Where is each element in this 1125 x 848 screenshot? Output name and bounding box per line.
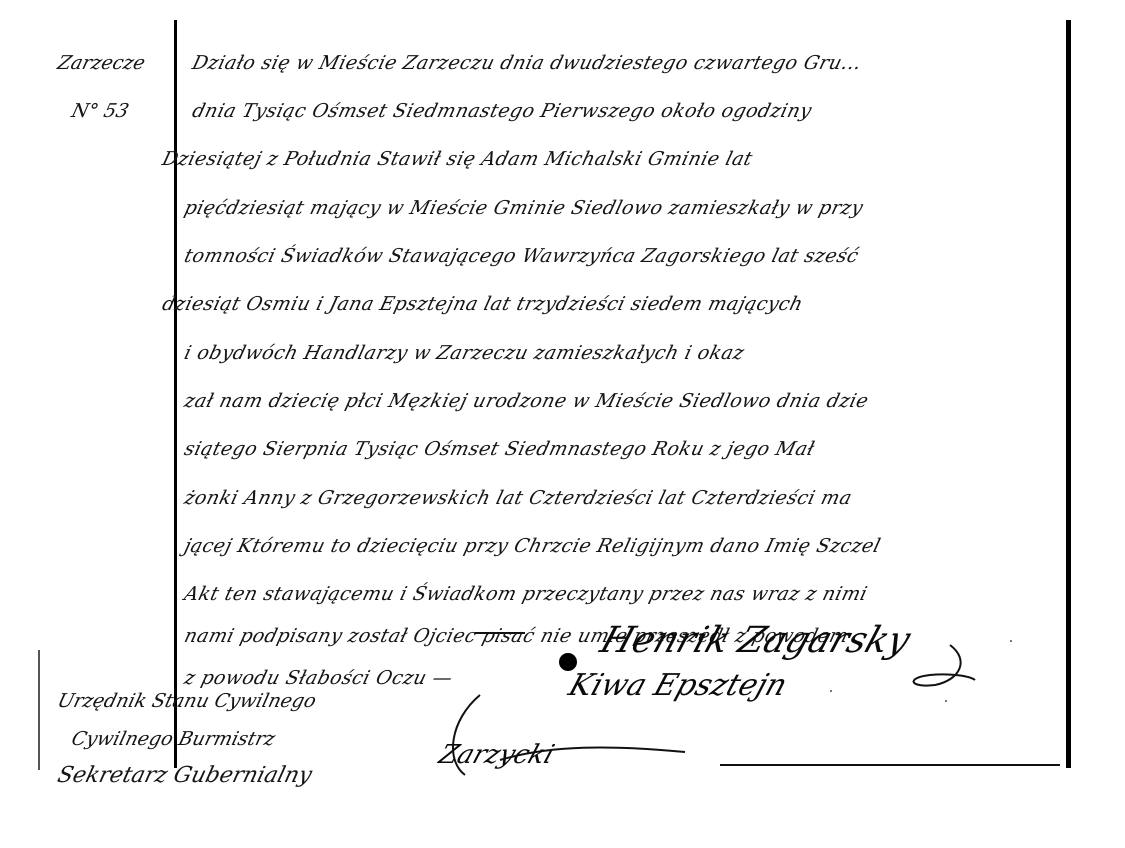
right-margin-rule bbox=[1066, 20, 1071, 768]
body-line-2: dnia Tysiąc Ośmset Siedmnastego Pierwsze… bbox=[190, 100, 814, 122]
official-title-line-1: Urzędnik Stanu Cywilnego bbox=[55, 690, 318, 712]
body-line-8: zał nam dziecię płci Męzkiej urodzone w … bbox=[182, 390, 871, 412]
scan-speck bbox=[1010, 640, 1012, 642]
body-line-1: Działo się w Mieście Zarzeczu dnia dwudz… bbox=[190, 52, 864, 74]
body-line-7: i obydwóch Handlarzy w Zarzeczu zamieszk… bbox=[182, 342, 747, 364]
body-line-10: żonki Anny z Grzegorzewskich lat Czterdz… bbox=[182, 487, 854, 509]
margin-place-name: Zarzecze bbox=[55, 52, 147, 74]
body-line-11: jącej Któremu to dziecięciu przy Chrzcie… bbox=[182, 535, 883, 557]
left-margin-rule bbox=[174, 20, 177, 768]
official-title-line-2: Cywilnego Burmistrz bbox=[69, 728, 277, 750]
scan-speck bbox=[945, 700, 947, 702]
body-line-3: Dziesiątej z Południa Stawił się Adam Mi… bbox=[160, 148, 755, 170]
margin-record-number: N° 53 bbox=[69, 100, 131, 122]
witness-signature-flourish bbox=[900, 640, 980, 700]
official-signature-flourish bbox=[440, 690, 690, 780]
bottom-underline bbox=[720, 764, 1060, 766]
scan-speck bbox=[830, 690, 832, 692]
signature-witness-1: Henrik Zagarsky bbox=[595, 620, 915, 661]
far-left-edge-rule bbox=[38, 650, 40, 770]
body-line-9: siątego Sierpnia Tysiąc Ośmset Siedmnast… bbox=[182, 438, 817, 460]
body-line-5: tomności Świadków Stawającego Wawrzyńca … bbox=[182, 245, 861, 267]
document-page: Zarzecze N° 53 Działo się w Mieście Zarz… bbox=[0, 0, 1125, 848]
body-line-4: pięćdziesiąt mający w Mieście Gminie Sie… bbox=[182, 197, 865, 219]
closing-dash bbox=[475, 632, 525, 634]
official-title-line-3: Sekretarz Gubernialny bbox=[55, 763, 315, 788]
body-line-14: z powodu Słabości Oczu — bbox=[182, 667, 455, 689]
body-line-12: Akt ten stawającemu i Świadkom przeczyta… bbox=[182, 583, 870, 605]
body-line-6: dziesiąt Osmiu i Jana Epsztejna lat trzy… bbox=[160, 293, 805, 315]
